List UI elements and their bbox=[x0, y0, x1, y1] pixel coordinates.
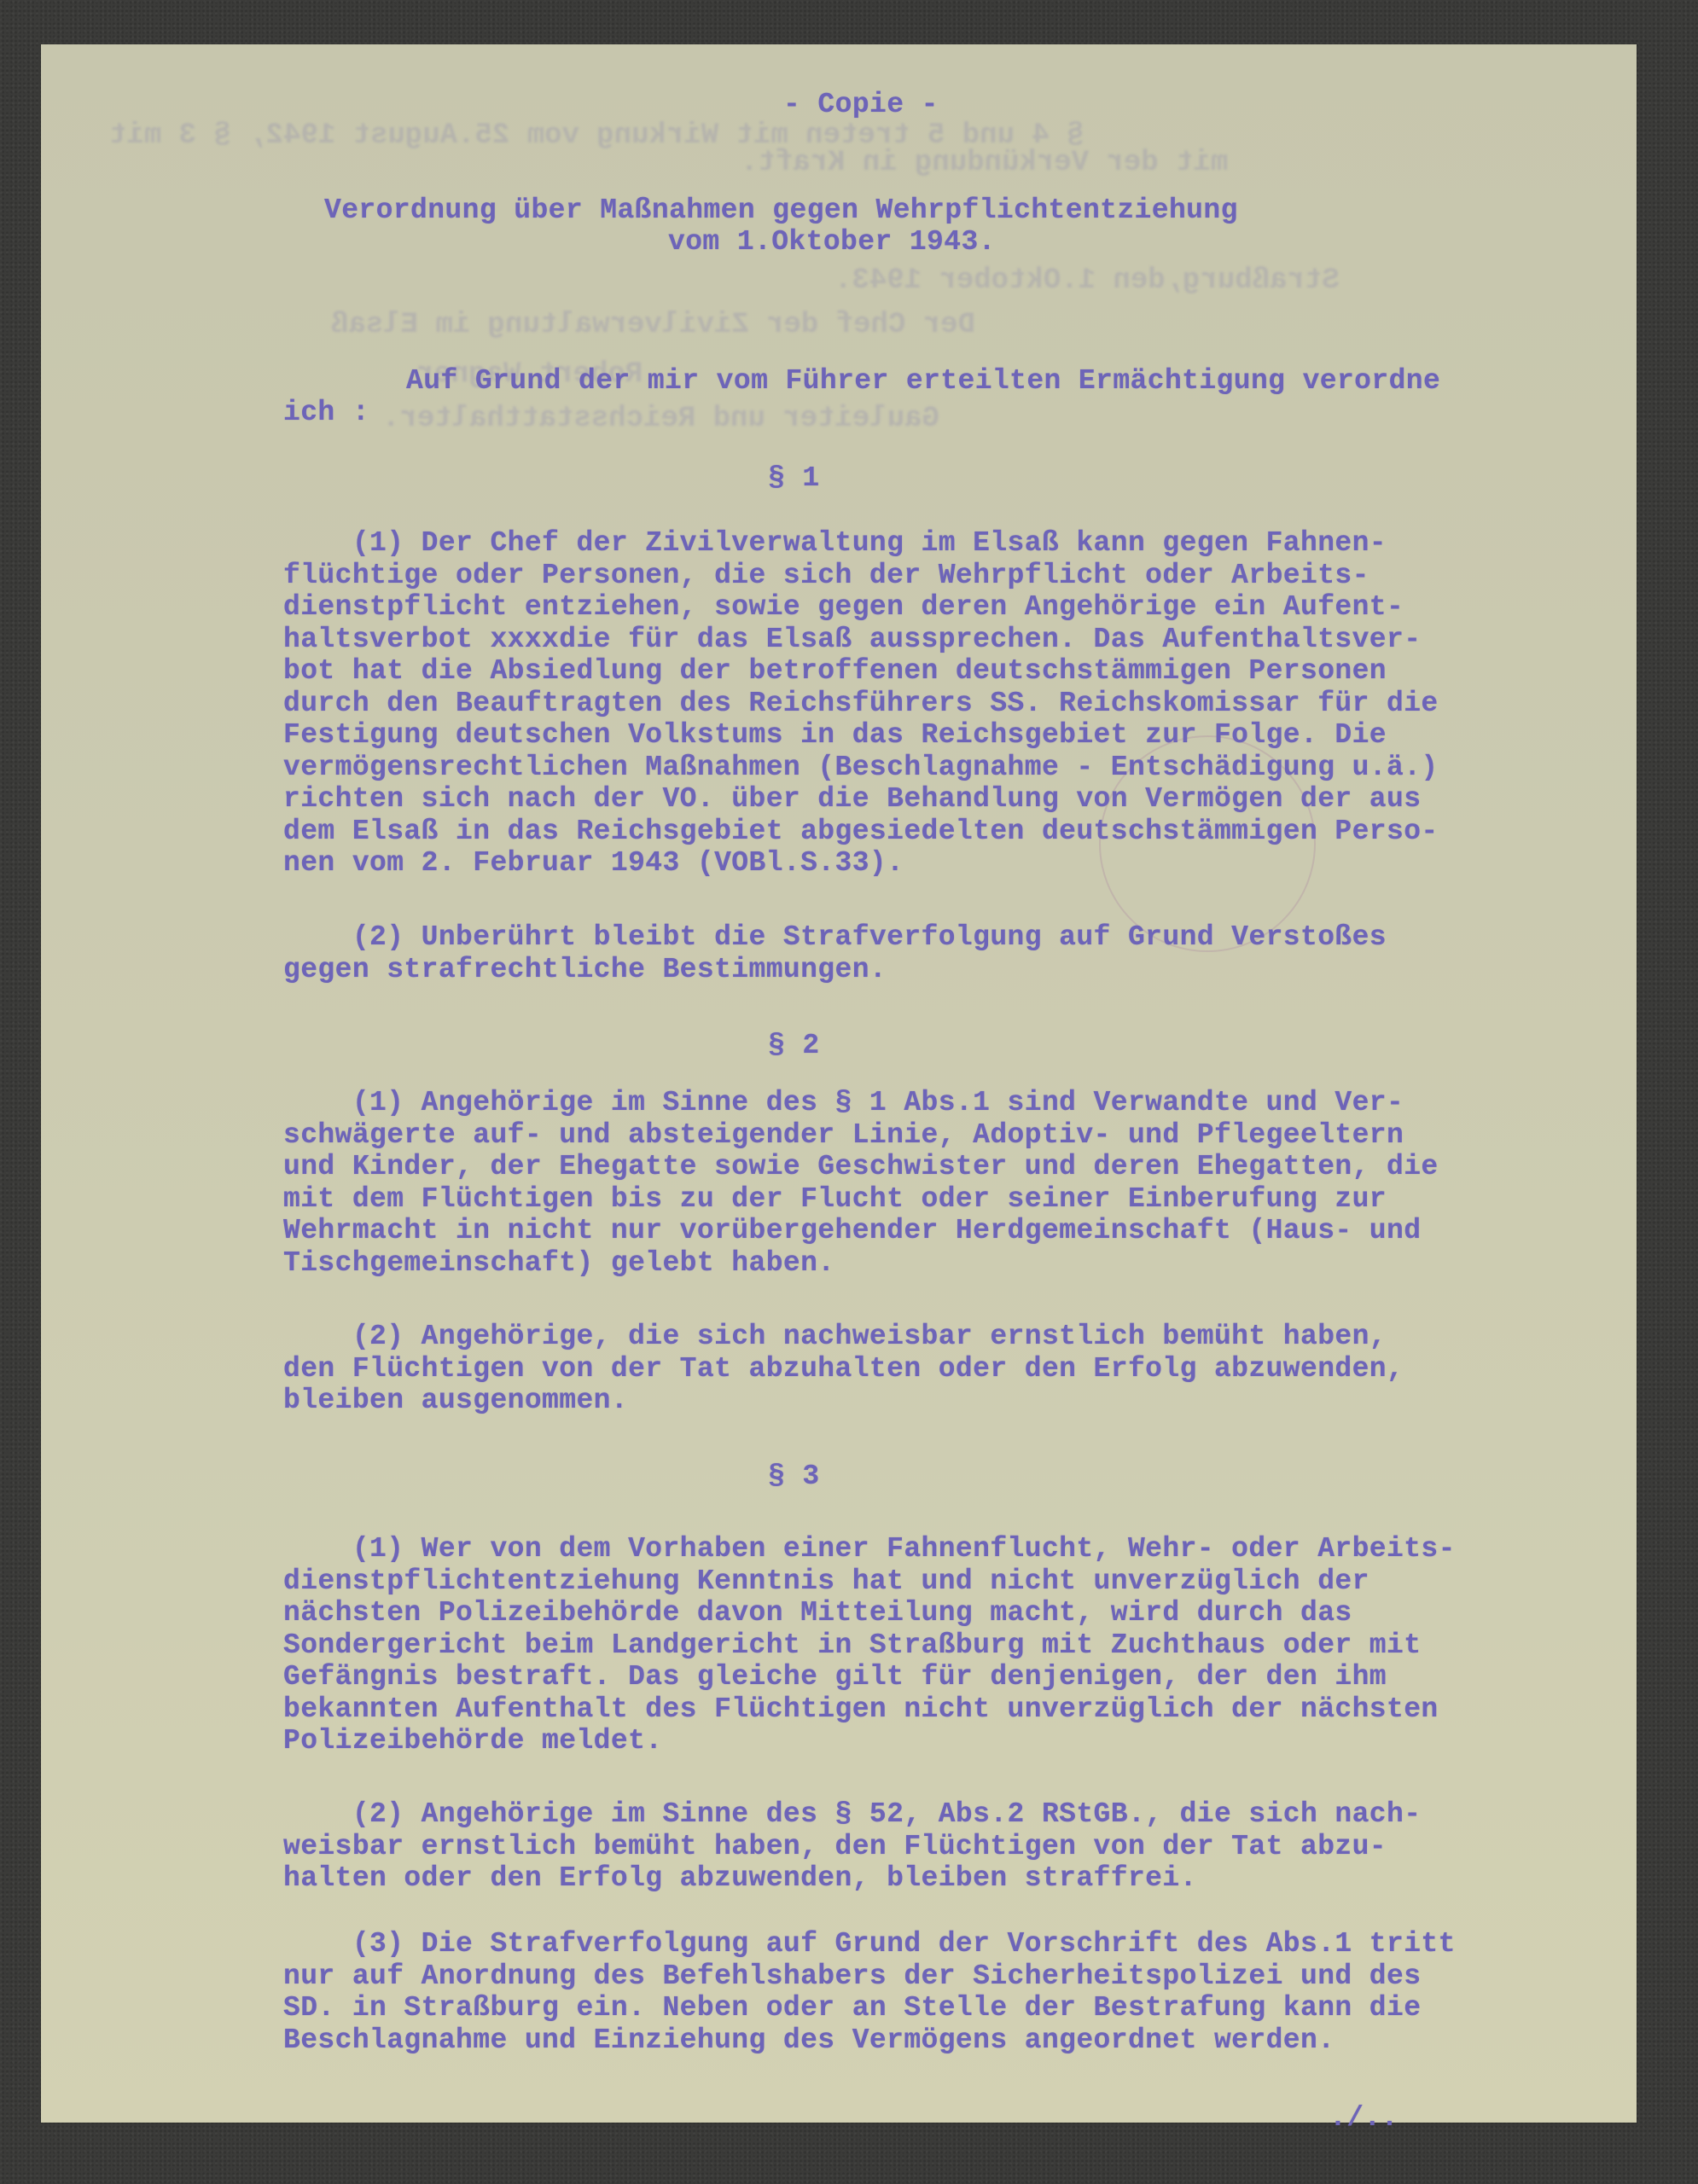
text-line: (2) Angehörige, die sich nachweisbar ern… bbox=[283, 1321, 1387, 1353]
text-line: durch den Beauftragten des Reichsführers… bbox=[283, 688, 1439, 720]
text-line: Festigung deutschen Volkstums in das Rei… bbox=[283, 719, 1387, 752]
text-line: weisbar ernstlich bemüht haben, den Flüc… bbox=[283, 1831, 1387, 1863]
document-page: § 4 und 5 treten mit Wirkung vom 25.Augu… bbox=[41, 44, 1637, 2123]
section-heading-1: § 1 bbox=[768, 462, 820, 495]
text-line: SD. in Straßburg ein. Neben oder an Stel… bbox=[283, 1992, 1421, 2024]
bleedthrough-line: Der Chef der Zivilverwaltung im Elsaß bbox=[331, 309, 975, 341]
text-line: nächsten Polizeibehörde davon Mitteilung… bbox=[283, 1597, 1352, 1629]
preamble-line: Auf Grund der mir vom Führer erteilten E… bbox=[406, 365, 1440, 398]
text-line: (3) Die Strafverfolgung auf Grund der Vo… bbox=[283, 1928, 1456, 1960]
text-line: bot hat die Absiedlung der betroffenen d… bbox=[283, 655, 1387, 688]
text-line: vermögensrechtlichen Maßnahmen (Beschlag… bbox=[283, 752, 1439, 784]
text-line: Tischgemeinschaft) gelebt haben. bbox=[283, 1247, 835, 1280]
bleedthrough-line: mit der Verkündung in Kraft. bbox=[741, 147, 1228, 179]
text-line: flüchtige oder Personen, die sich der We… bbox=[283, 560, 1369, 592]
text-line: halten oder den Erfolg abzuwenden, bleib… bbox=[283, 1862, 1197, 1895]
text-line: nen vom 2. Februar 1943 (VOBl.S.33). bbox=[283, 847, 904, 880]
copy-mark: - Copie - bbox=[783, 89, 939, 121]
text-line: und Kinder, der Ehegatte sowie Geschwist… bbox=[283, 1151, 1439, 1183]
text-line: nur auf Anordnung des Befehlshabers der … bbox=[283, 1960, 1421, 1993]
text-line: den Flüchtigen von der Tat abzuhalten od… bbox=[283, 1353, 1404, 1385]
text-line: Wehrmacht in nicht nur vorübergehender H… bbox=[283, 1215, 1421, 1247]
text-line: (2) Unberührt bleibt die Strafverfolgung… bbox=[283, 921, 1387, 954]
section-heading-3: § 3 bbox=[768, 1461, 820, 1493]
text-line: richten sich nach der VO. über die Behan… bbox=[283, 783, 1421, 816]
document-date: vom 1.Oktober 1943. bbox=[668, 226, 996, 258]
text-line: haltsverbot xxxxdie für das Elsaß ausspr… bbox=[283, 624, 1421, 656]
preamble-line: ich : bbox=[283, 397, 369, 429]
text-line: dienstpflichtentziehung Kenntnis hat und… bbox=[283, 1565, 1369, 1598]
text-line: (1) Wer von dem Vorhaben einer Fahnenflu… bbox=[283, 1533, 1456, 1565]
text-line: dienstpflicht entziehen, sowie gegen der… bbox=[283, 591, 1404, 624]
section-heading-2: § 2 bbox=[768, 1030, 820, 1062]
text-line: dem Elsaß in das Reichsgebiet abgesiedel… bbox=[283, 816, 1439, 848]
text-line: Polizeibehörde meldet. bbox=[283, 1725, 662, 1757]
bleedthrough-line: Gauleiter und Reichsstatthalter. bbox=[382, 403, 939, 435]
text-line: bleiben ausgenommen. bbox=[283, 1385, 628, 1417]
text-line: gegen strafrechtliche Bestimmungen. bbox=[283, 954, 887, 986]
text-line: Beschlagnahme und Einziehung des Vermöge… bbox=[283, 2024, 1335, 2057]
text-line: schwägerte auf- und absteigender Linie, … bbox=[283, 1119, 1404, 1152]
text-line: (1) Angehörige im Sinne des § 1 Abs.1 si… bbox=[283, 1087, 1404, 1119]
text-line: Gefängnis bestraft. Das gleiche gilt für… bbox=[283, 1661, 1387, 1693]
bleedthrough-line: Straßburg,den 1.Oktober 1943. bbox=[834, 264, 1340, 297]
document-title: Verordnung über Maßnahmen gegen Wehrpfli… bbox=[324, 195, 1238, 227]
text-line: bekannten Aufenthalt des Flüchtigen nich… bbox=[283, 1693, 1439, 1726]
text-line: mit dem Flüchtigen bis zu der Flucht ode… bbox=[283, 1183, 1387, 1216]
continuation-mark: ./.. bbox=[1329, 2102, 1399, 2135]
text-line: Sondergericht beim Landgericht in Straßb… bbox=[283, 1629, 1421, 1662]
text-line: (1) Der Chef der Zivilverwaltung im Elsa… bbox=[283, 527, 1387, 560]
text-line: (2) Angehörige im Sinne des § 52, Abs.2 … bbox=[283, 1798, 1421, 1831]
